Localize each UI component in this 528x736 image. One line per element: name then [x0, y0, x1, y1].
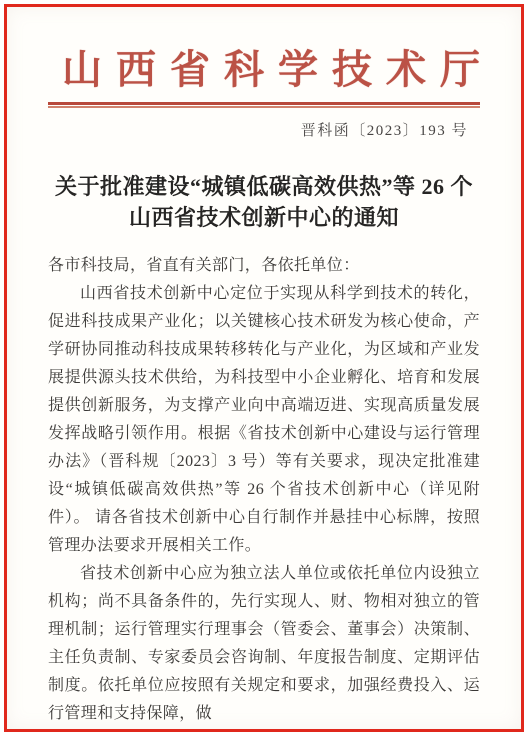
notice-title-line-2: 山西省技术创新中心的通知 — [48, 202, 480, 233]
document-frame: 山西省科学技术厅 晋科函〔2023〕193 号 关于批准建设“城镇低碳高效供热”… — [4, 4, 524, 732]
letterhead-double-rule — [48, 102, 480, 108]
document-page: 山西省科学技术厅 晋科函〔2023〕193 号 关于批准建设“城镇低碳高效供热”… — [7, 7, 521, 729]
salutation: 各市科技局，省直有关部门，各依托单位： — [48, 252, 480, 280]
body-paragraph-1: 山西省技术创新中心定位于实现从科学到技术的转化，促进科技成果产业化；以关键核心技… — [48, 280, 480, 560]
letterhead-agency-name: 山西省科学技术厅 — [48, 45, 480, 95]
body-paragraph-2: 省技术创新中心应为独立法人单位或依托单位内设独立机构；尚不具备条件的，先行实现人… — [48, 560, 480, 728]
notice-title-line-1: 关于批准建设“城镇低碳高效供热”等 26 个 — [48, 171, 480, 202]
document-body: 各市科技局，省直有关部门，各依托单位： 山西省技术创新中心定位于实现从科学到技术… — [48, 252, 480, 728]
notice-title: 关于批准建设“城镇低碳高效供热”等 26 个 山西省技术创新中心的通知 — [48, 171, 480, 233]
letterhead-rule-top — [48, 102, 480, 105]
document-number: 晋科函〔2023〕193 号 — [48, 119, 468, 140]
letterhead-rule-bottom — [48, 106, 480, 108]
